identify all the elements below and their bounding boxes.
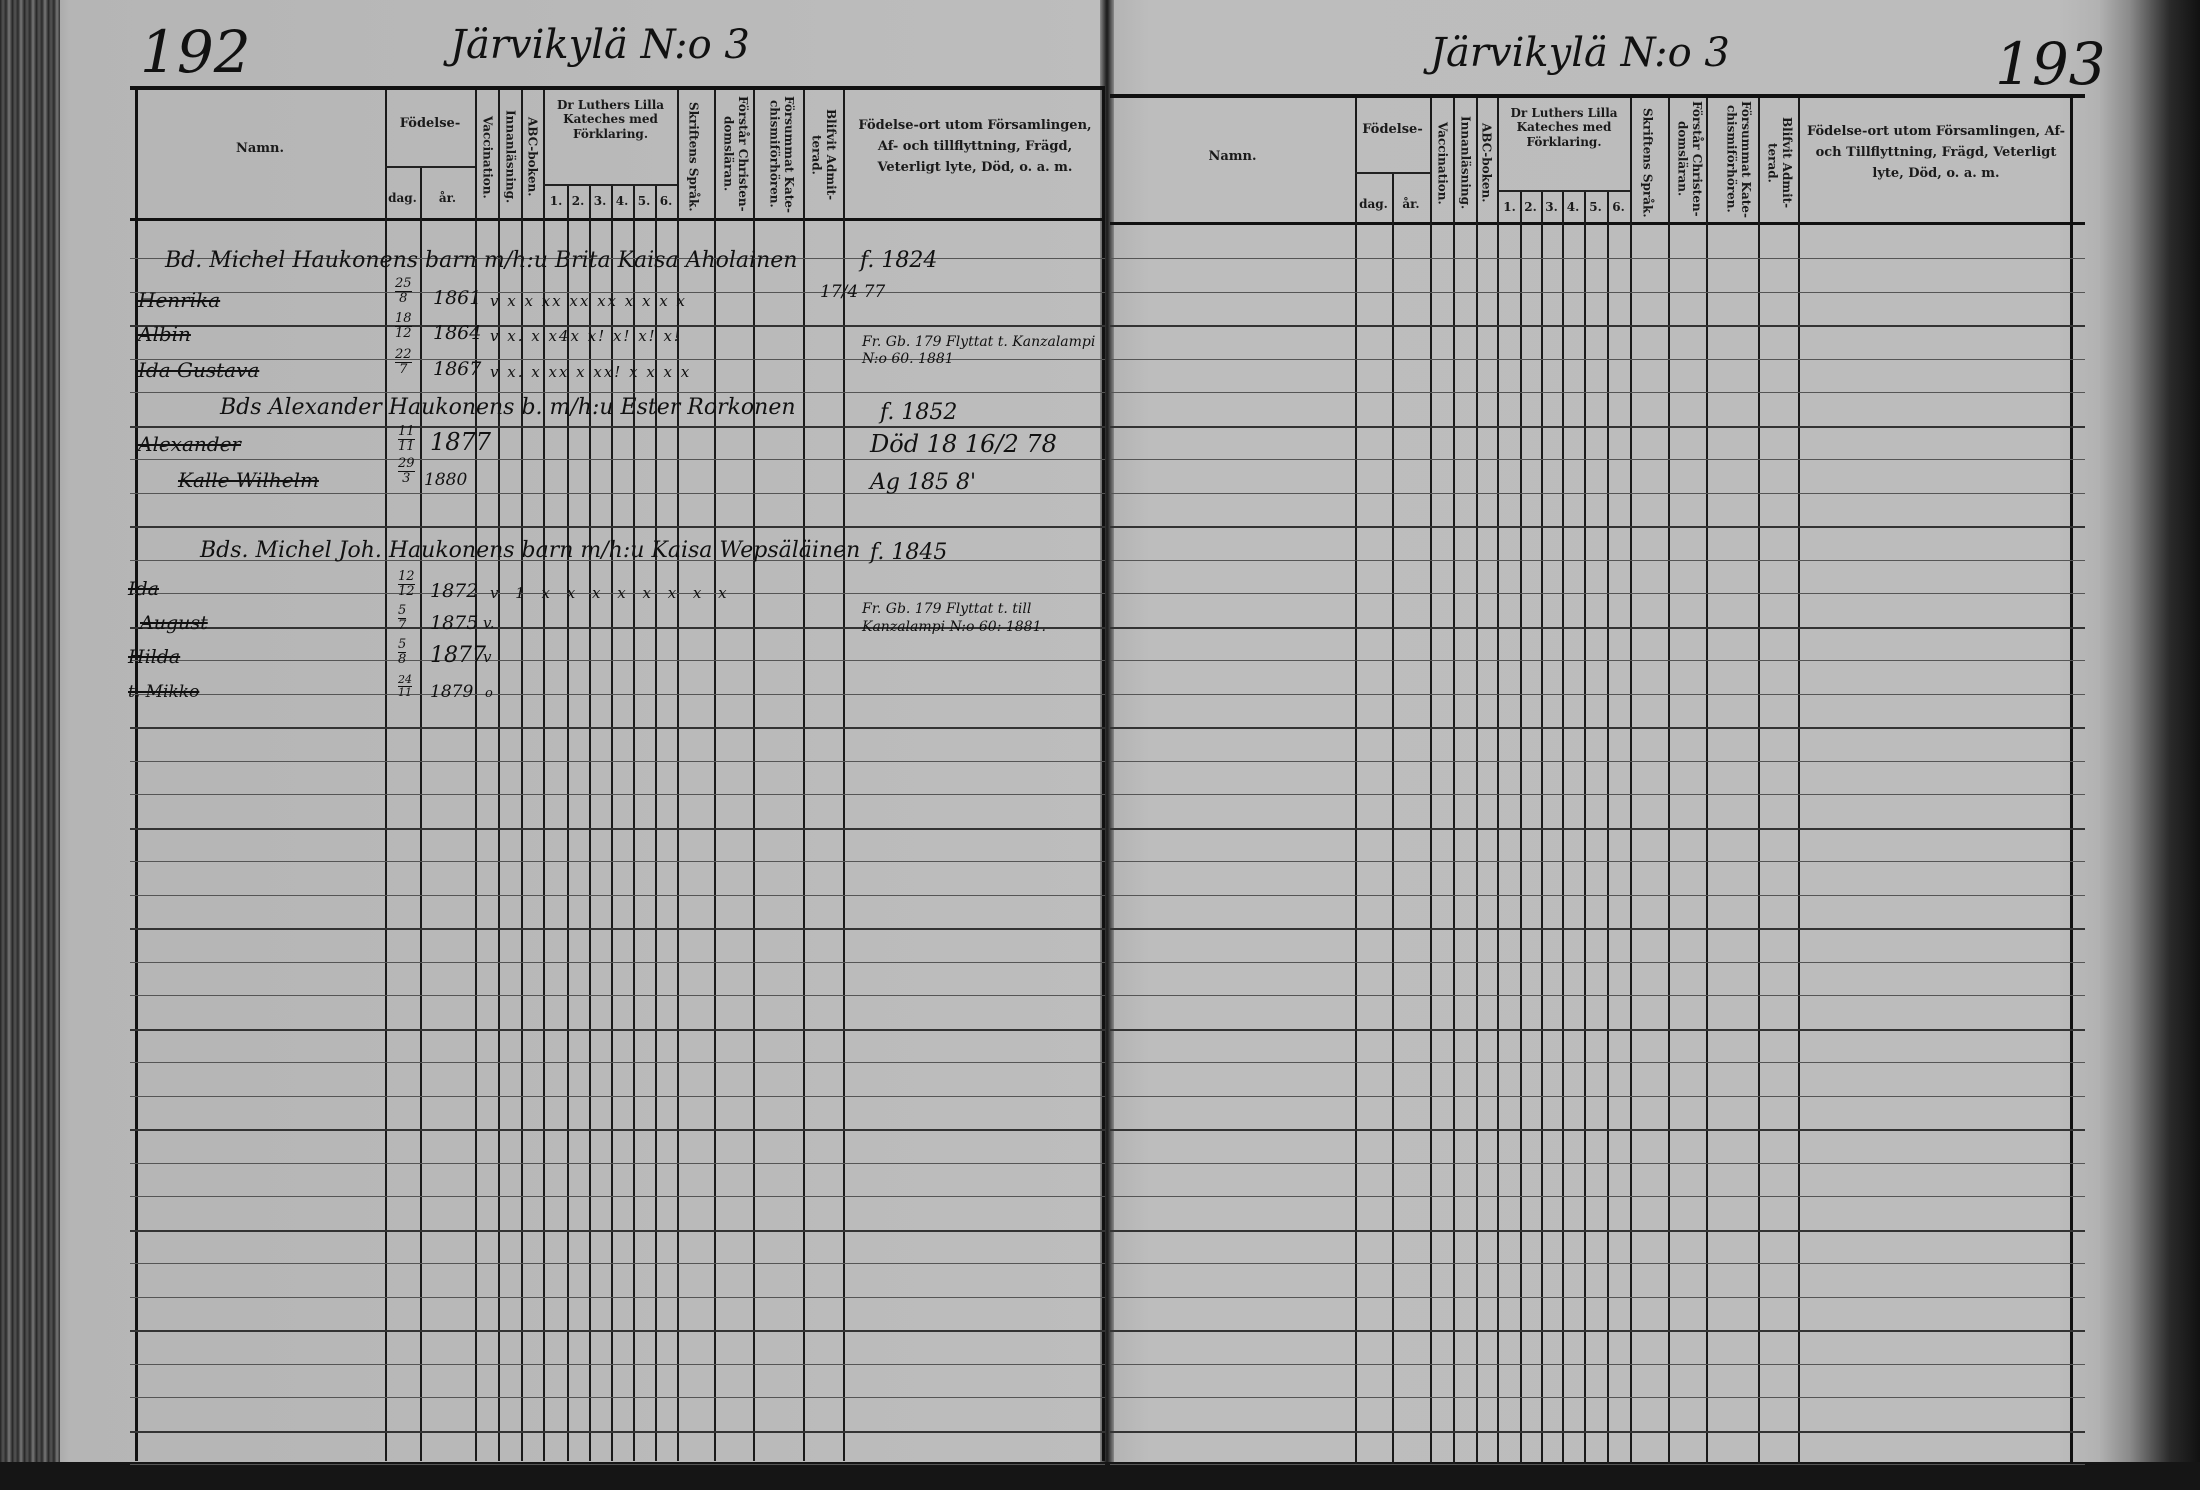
- row-rule: [1110, 1129, 2085, 1131]
- row-rule: [1110, 526, 2085, 528]
- birth-day-month: 227: [395, 348, 412, 377]
- col-header-luther-4: 4.: [1562, 200, 1584, 214]
- col-line: [1430, 98, 1432, 1464]
- row-rule: [1110, 761, 2085, 762]
- col-header-luther-2: 2.: [567, 194, 589, 208]
- register-spread: 192 Järvikylä N:o 3 193 Järvikylä N:o 3 …: [0, 0, 2200, 1490]
- col-header-ar: år.: [420, 191, 475, 205]
- birth-day-month: 1111: [398, 425, 415, 454]
- col-header-luther-4: 4.: [611, 194, 633, 208]
- row-rule: [1110, 493, 2085, 494]
- row-rule: [1110, 1431, 2085, 1433]
- col-line: [1668, 98, 1670, 1464]
- row-rule: [130, 895, 1105, 896]
- family-note: f. 1852: [880, 400, 957, 425]
- birth-year: 1864: [433, 322, 481, 344]
- child-name: August: [140, 612, 208, 634]
- col-line: [1798, 98, 1800, 1464]
- death-note: Död 18 16/2 78: [870, 430, 1057, 458]
- row-rule: [1110, 895, 2085, 896]
- row-rule: [130, 1297, 1105, 1298]
- family-header: Bds Alexander Haukonens b. m/h:u Ester R…: [220, 395, 796, 420]
- col-header-forstar: Förstår Christen-domsläran.: [1672, 98, 1704, 220]
- child-name: Hilda: [128, 646, 180, 668]
- col-line: [1453, 98, 1455, 1464]
- col-header-luther: Dr Luthers Lilla Kateches med Förklaring…: [544, 98, 677, 141]
- row-rule: [1110, 593, 2085, 594]
- row-rule: [1110, 560, 2085, 561]
- row-rule: [1110, 694, 2085, 695]
- birth-year: 1872: [430, 580, 478, 602]
- col-header-namn: Namn.: [1110, 149, 1355, 165]
- row-rule: [130, 1397, 1105, 1398]
- col-header-dag: dag.: [385, 191, 420, 205]
- col-line: [1476, 98, 1478, 1464]
- col-line: [803, 90, 805, 1461]
- col-header-luther-5: 5.: [633, 194, 655, 208]
- child-name: Albin: [138, 322, 191, 346]
- catechism-marks: v.: [483, 614, 494, 632]
- col-line: [1392, 172, 1394, 1464]
- row-rule: [1110, 1464, 2085, 1465]
- birth-day-month: 293: [398, 457, 415, 486]
- catechism-marks: v: [483, 648, 491, 666]
- row-rule: [1110, 1330, 2085, 1332]
- right-village-title: Järvikylä N:o 3: [1430, 30, 1730, 76]
- col-header-skriftens: Skriftens Språk.: [686, 98, 700, 216]
- row-rule: [1110, 1096, 2085, 1097]
- table-top-rule: [130, 86, 1105, 90]
- row-rule: [1110, 828, 2085, 830]
- col-header-forsummat: Försummat Kate-chismiförhören.: [760, 94, 796, 214]
- row-rule: [1110, 1029, 2085, 1031]
- col-header-dag: dag.: [1355, 197, 1392, 211]
- left-page-number: 192: [140, 18, 251, 86]
- row-rule: [1110, 962, 2085, 963]
- col-header-luther-1: 1.: [1499, 200, 1520, 214]
- row-rule: [130, 1129, 1105, 1131]
- row-rule: [1110, 1196, 2085, 1197]
- col-line: [714, 90, 716, 1461]
- row-rule: [130, 794, 1105, 795]
- col-line: [753, 90, 755, 1461]
- birth-day-month: 1812: [395, 312, 412, 341]
- row-rule: [1110, 794, 2085, 795]
- row-rule: [130, 1230, 1105, 1232]
- col-header-luther-6: 6.: [1607, 200, 1630, 214]
- row-rule: [130, 962, 1105, 963]
- col-header-abc: ABC-boken.: [1479, 106, 1493, 220]
- row-rule: [130, 1464, 1105, 1465]
- col-header-fodelse-ort: Födelse-ort utom Församlingen, Af- och T…: [1805, 122, 2067, 184]
- row-rule: [1110, 1364, 2085, 1365]
- row-rule: [1110, 861, 2085, 862]
- row-rule: [1110, 1397, 2085, 1398]
- right-page-number: 193: [1995, 30, 2106, 98]
- right-register-table: Namn. Födelse- dag. år. Vaccination. Inn…: [1110, 94, 2085, 1464]
- catechism-marks: v x x xx xx xx x x x x: [490, 292, 687, 310]
- col-header-luther-6: 6.: [655, 194, 677, 208]
- row-rule: [1110, 325, 2085, 327]
- birth-year: 1861: [433, 287, 481, 309]
- row-rule: [130, 392, 1105, 393]
- col-header-forsummat: Försummat Kate-chismiförhören.: [1713, 98, 1753, 220]
- row-rule: [1110, 258, 2085, 259]
- book-edge-bottom: [0, 1462, 2200, 1490]
- family-note: f. 1845: [870, 540, 947, 565]
- col-header-luther-3: 3.: [1541, 200, 1562, 214]
- row-rule: [130, 1029, 1105, 1031]
- birth-day-month: 2411: [398, 674, 412, 699]
- col-header-blifvit: Blifvit Admit-terad.: [1764, 108, 1794, 218]
- book-edge-right: [2100, 0, 2200, 1490]
- family-header: Bd. Michel Haukonens barn m/h:u Brita Ka…: [165, 248, 797, 273]
- row-rule: [130, 995, 1105, 996]
- luther-subrule: [1497, 190, 1630, 192]
- row-rule: [1110, 627, 2085, 629]
- birth-year: 1879: [430, 682, 473, 702]
- header-bottom-rule: [130, 218, 1105, 221]
- col-header-forstar: Förstår Christen-domsläran.: [718, 94, 750, 214]
- catechism-marks: v x. x xx x xx! x x x x: [490, 363, 691, 381]
- col-header-innanlasning: Innanläsning.: [503, 98, 517, 216]
- birth-year: 1875: [430, 612, 478, 634]
- row-rule: [1110, 1163, 2085, 1164]
- fodelse-subrule: [1355, 172, 1430, 174]
- row-rule: [130, 660, 1105, 661]
- birth-day-month: 58: [398, 638, 406, 667]
- family-header: Bds. Michel Joh. Haukonens barn m/h:u Ka…: [200, 538, 860, 563]
- row-rule: [130, 1196, 1105, 1197]
- row-rule: [130, 426, 1105, 428]
- child-name: Kalle Wilhelm: [178, 468, 319, 492]
- row-rule: [1110, 995, 2085, 996]
- col-header-skriftens: Skriftens Språk.: [1640, 106, 1654, 220]
- row-rule: [130, 1330, 1105, 1332]
- catechism-marks: v x. x x4x x! x! x! x!: [490, 327, 682, 345]
- child-name: Alexander: [138, 432, 241, 456]
- row-rule: [1110, 660, 2085, 661]
- child-name: t. Mikko: [128, 682, 199, 702]
- row-rule: [1110, 426, 2085, 428]
- row-rule: [130, 928, 1105, 930]
- row-rule: [130, 1263, 1105, 1264]
- row-rule: [130, 459, 1105, 460]
- row-rule: [1110, 928, 2085, 930]
- row-rule: [130, 1431, 1105, 1433]
- row-rule: [1110, 392, 2085, 393]
- col-line: [420, 166, 422, 1461]
- luther-subrule: [543, 184, 677, 186]
- col-header-luther-1: 1.: [545, 194, 567, 208]
- row-rule: [130, 1364, 1105, 1365]
- birth-day-month: 1212: [398, 570, 415, 599]
- row-rule: [130, 828, 1105, 830]
- col-header-luther-5: 5.: [1584, 200, 1607, 214]
- row-rule: [130, 727, 1105, 729]
- col-header-fodelse-ort: Födelse-ort utom Församlingen, Af- och t…: [850, 116, 1100, 178]
- row-rule: [130, 1163, 1105, 1164]
- table-top-rule: [1110, 94, 2085, 98]
- header-bottom-rule: [1110, 222, 2085, 225]
- birth-day-month: 258: [395, 277, 412, 306]
- col-header-blifvit: Blifvit Admit-terad.: [808, 100, 838, 210]
- row-rule: [130, 1096, 1105, 1097]
- birth-year: 1880: [424, 470, 467, 490]
- migration-note: Ag 185 8': [870, 470, 976, 495]
- birth-year: 1867: [433, 358, 481, 380]
- birth-year: 1877: [430, 428, 491, 456]
- col-line: [1497, 98, 1499, 1464]
- col-header-fodelse: Födelse-: [385, 116, 475, 132]
- row-rule: [1110, 459, 2085, 460]
- migration-note: Fr. Gb. 179 Flyttat t. till Kanzalampi N…: [862, 600, 1102, 636]
- row-rule: [130, 526, 1105, 528]
- row-rule: [1110, 727, 2085, 729]
- row-rule: [1110, 1230, 2085, 1232]
- col-line: [385, 90, 387, 1461]
- col-line: [1706, 98, 1708, 1464]
- col-header-vaccination: Vaccination.: [480, 98, 494, 216]
- catechism-marks: o: [485, 686, 493, 701]
- catechism-marks: v 1 x x x x x x x x: [490, 584, 733, 602]
- row-rule: [1110, 1062, 2085, 1063]
- child-name: Ida Gustava: [138, 358, 259, 382]
- col-line: [1355, 98, 1357, 1464]
- child-name: Henrika: [138, 288, 220, 312]
- col-line: [1758, 98, 1760, 1464]
- col-header-namn: Namn.: [135, 141, 385, 157]
- col-line: [1630, 98, 1632, 1464]
- migration-note: Fr. Gb. 179 Flyttat t. Kanzalampi N:o 60…: [862, 334, 1102, 368]
- fodelse-subrule: [385, 166, 475, 168]
- col-header-fodelse: Födelse-: [1355, 122, 1430, 138]
- family-note: f. 1824: [860, 248, 937, 273]
- col-header-abc: ABC-boken.: [525, 98, 539, 216]
- col-line: [2070, 98, 2073, 1464]
- col-header-innanlasning: Innanläsning.: [1458, 106, 1472, 220]
- birth-year: 1877: [430, 643, 486, 668]
- birth-day-month: 57: [398, 604, 406, 633]
- col-header-luther-2: 2.: [1520, 200, 1541, 214]
- admission-date: 17/4 77: [820, 282, 885, 302]
- row-rule: [1110, 1263, 2085, 1264]
- row-rule: [1110, 359, 2085, 360]
- col-line: [1102, 90, 1105, 1461]
- left-village-title: Järvikylä N:o 3: [450, 22, 750, 68]
- row-rule: [1110, 292, 2085, 293]
- row-rule: [130, 861, 1105, 862]
- col-header-ar: år.: [1392, 197, 1430, 211]
- col-header-luther-3: 3.: [589, 194, 611, 208]
- row-rule: [130, 694, 1105, 695]
- row-rule: [130, 1062, 1105, 1063]
- col-header-vaccination: Vaccination.: [1435, 106, 1449, 220]
- book-edge-left: [0, 0, 60, 1490]
- col-header-luther: Dr Luthers Lilla Kateches med Förklaring…: [1498, 106, 1630, 149]
- row-rule: [1110, 1297, 2085, 1298]
- row-rule: [130, 761, 1105, 762]
- child-name: Ida: [128, 578, 159, 600]
